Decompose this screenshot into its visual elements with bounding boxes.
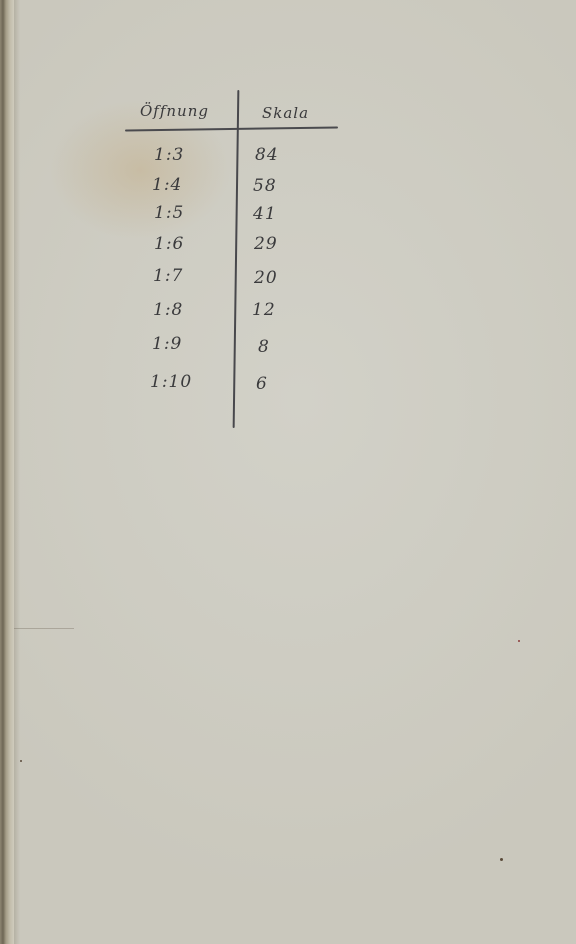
notebook-page: Öffnung Skala 1:3 84 1:4 58 1:5 41 1:6 2… bbox=[0, 0, 576, 944]
table-cell-scale: 12 bbox=[252, 300, 276, 320]
table-cell-scale: 20 bbox=[254, 268, 278, 288]
column-header-aperture: Öffnung bbox=[140, 102, 209, 120]
ink-speck bbox=[518, 640, 520, 642]
table-cell-aperture: 1:5 bbox=[154, 203, 184, 223]
column-header-scale: Skala bbox=[262, 104, 309, 122]
table-cell-aperture: 1:6 bbox=[154, 234, 184, 254]
table-cell-aperture: 1:7 bbox=[153, 266, 183, 286]
table-cell-aperture: 1:10 bbox=[150, 372, 192, 392]
table-cell-aperture: 1:3 bbox=[154, 145, 184, 165]
table-cell-scale: 29 bbox=[254, 234, 278, 254]
page-fold-mark bbox=[14, 628, 74, 629]
ink-speck bbox=[20, 760, 22, 762]
table-cell-scale: 58 bbox=[253, 176, 277, 196]
table-cell-scale: 8 bbox=[258, 337, 270, 357]
binding-shadow bbox=[14, 0, 20, 944]
table-cell-aperture: 1:4 bbox=[152, 175, 182, 195]
table-cell-scale: 6 bbox=[256, 374, 268, 394]
column-divider bbox=[233, 90, 240, 428]
table-cell-scale: 41 bbox=[253, 204, 277, 224]
header-underline bbox=[125, 127, 338, 132]
ink-speck bbox=[500, 858, 503, 861]
table-cell-scale: 84 bbox=[255, 145, 279, 165]
table-cell-aperture: 1:8 bbox=[153, 300, 183, 320]
table-cell-aperture: 1:9 bbox=[152, 334, 182, 354]
book-binding-edge bbox=[0, 0, 14, 944]
